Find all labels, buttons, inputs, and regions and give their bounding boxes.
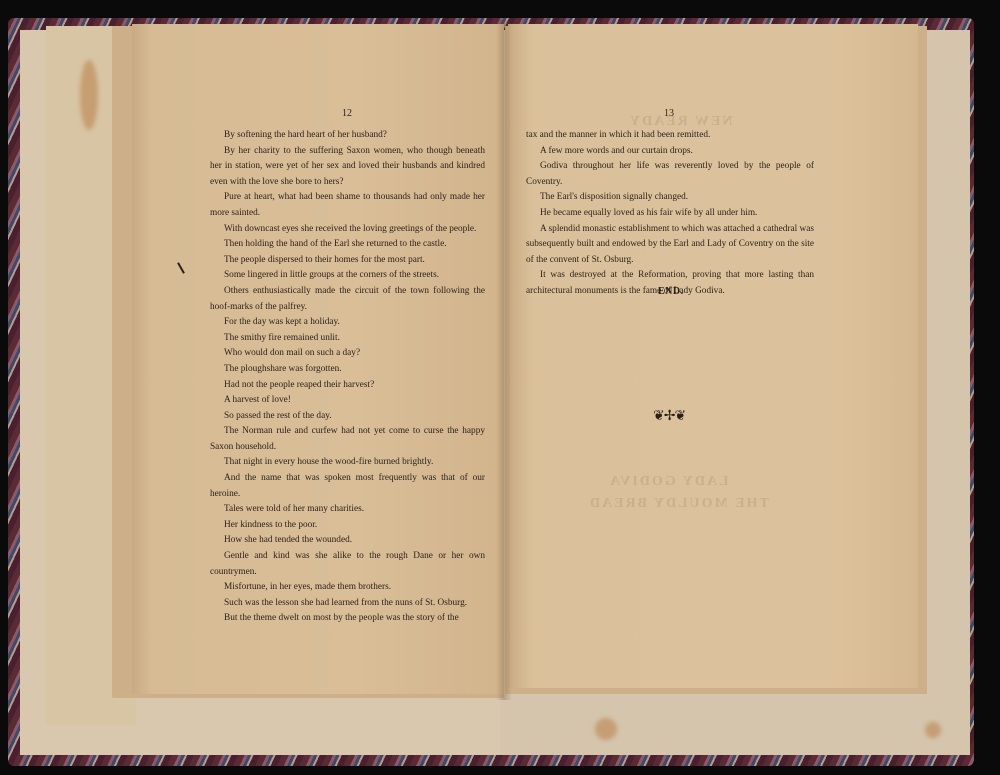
foxing-stain	[595, 718, 617, 740]
paragraph: Who would don mail on such a day?	[210, 346, 485, 362]
printers-fleuron-ornament-icon: ❦✢❦	[653, 408, 685, 425]
page-number-left: 12	[342, 108, 352, 119]
paragraph: A harvest of love!	[210, 393, 485, 409]
paragraph: Some lingered in little groups at the co…	[210, 268, 485, 284]
paragraph: The smithy fire remained unlit.	[210, 331, 485, 347]
paragraph: The ploughshare was forgotten.	[210, 362, 485, 378]
paragraph: Others enthusiastically made the circuit…	[210, 284, 485, 315]
paragraph: Such was the lesson she had learned from…	[210, 596, 485, 612]
paragraph: For the day was kept a holiday.	[210, 315, 485, 331]
paragraph: The Earl's disposition signally changed.	[526, 190, 814, 206]
paragraph: The Norman rule and curfew had not yet c…	[210, 424, 485, 455]
paragraph: That night in every house the wood-fire …	[210, 455, 485, 471]
paragraph: But the theme dwelt on most by the peopl…	[210, 611, 485, 627]
foxing-stain	[925, 722, 941, 738]
paragraph: Had not the people reaped their harvest?	[210, 378, 485, 394]
paragraph: And the name that was spoken most freque…	[210, 471, 485, 502]
book-gutter	[496, 20, 512, 700]
paragraph: By softening the hard heart of her husba…	[210, 128, 485, 144]
show-through-text: LADY GODIVA	[608, 474, 728, 490]
right-page: NEW READY LADY GODIVA THE MOULDY BREAD 1…	[508, 24, 918, 688]
page-number-right: 13	[664, 108, 674, 119]
left-page-body: By softening the hard heart of her husba…	[210, 128, 485, 627]
paragraph: So passed the rest of the day.	[210, 409, 485, 425]
paragraph: He became equally loved as his fair wife…	[526, 206, 814, 222]
paragraph: Then holding the hand of the Earl she re…	[210, 237, 485, 253]
paragraph: Tales were told of her many charities.	[210, 502, 485, 518]
paragraph: Pure at heart, what had been shame to th…	[210, 190, 485, 221]
paragraph: How she had tended the wounded.	[210, 533, 485, 549]
paragraph: Gentle and kind was she alike to the rou…	[210, 549, 485, 580]
paragraph: Her kindness to the poor.	[210, 518, 485, 534]
paragraph: The people dispersed to their homes for …	[210, 253, 485, 269]
paragraph: With downcast eyes she received the lovi…	[210, 222, 485, 238]
end-label: END.	[658, 286, 684, 297]
foxing-stain	[80, 60, 98, 130]
paragraph: Godiva throughout her life was reverentl…	[526, 159, 814, 190]
paragraph: By her charity to the suffering Saxon wo…	[210, 144, 485, 191]
show-through-text: THE MOULDY BREAD	[588, 496, 769, 512]
paragraph: tax and the manner in which it had been …	[526, 128, 814, 144]
left-page: 12 By softening the hard heart of her hu…	[132, 24, 504, 694]
paragraph: Misfortune, in her eyes, made them broth…	[210, 580, 485, 596]
paragraph: A splendid monastic establishment to whi…	[526, 222, 814, 269]
right-page-body: tax and the manner in which it had been …	[526, 128, 814, 300]
paragraph: A few more words and our curtain drops.	[526, 144, 814, 160]
